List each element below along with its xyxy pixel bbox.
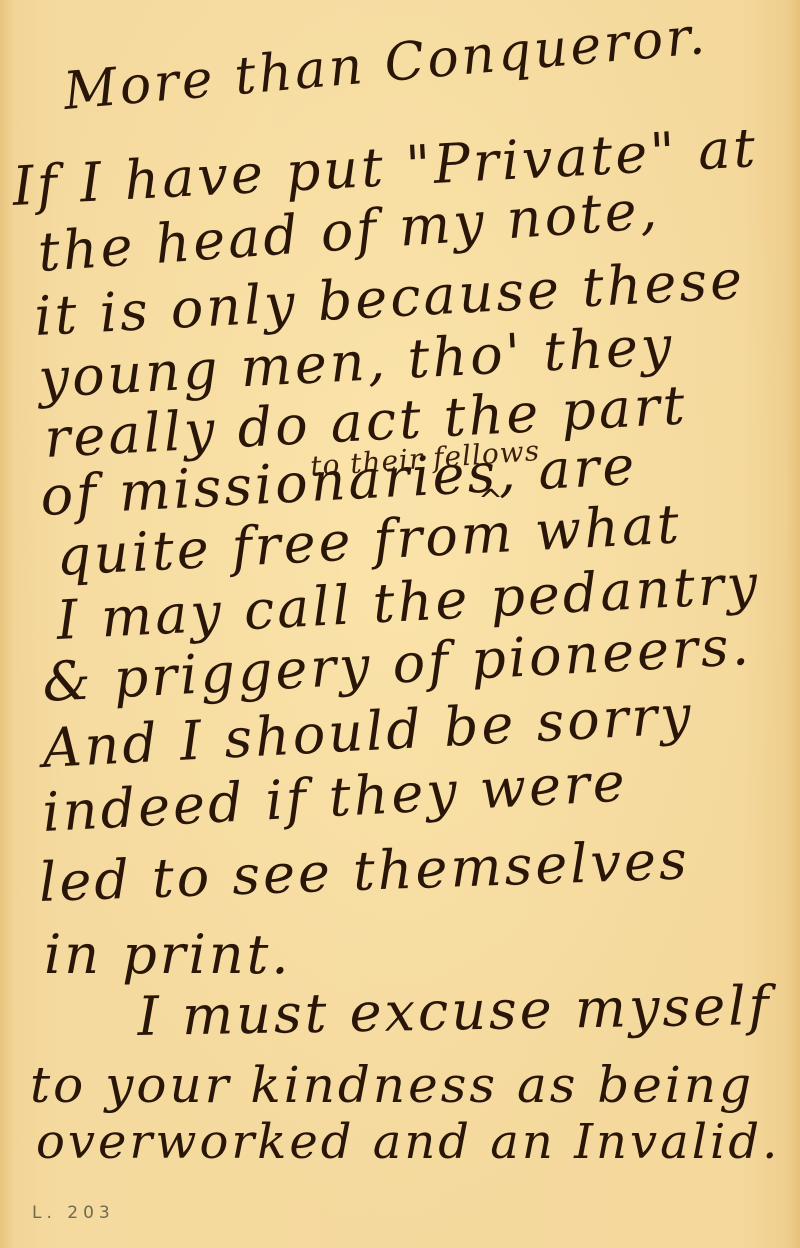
letter-page: More than Conqueror. If I have put "Priv… xyxy=(0,0,800,1248)
handwritten-line-1: More than Conqueror. xyxy=(61,10,709,118)
handwritten-line-17: overworked and an Invalid. xyxy=(36,1118,780,1166)
archive-catalog-number: L. 203 xyxy=(32,1203,115,1223)
handwritten-line-15: I must excuse myself xyxy=(137,979,772,1044)
handwritten-line-13: led to see themselves xyxy=(38,833,690,910)
handwritten-line-16: to your kindness as being xyxy=(30,1060,754,1110)
handwritten-line-14: in print. xyxy=(44,928,292,982)
